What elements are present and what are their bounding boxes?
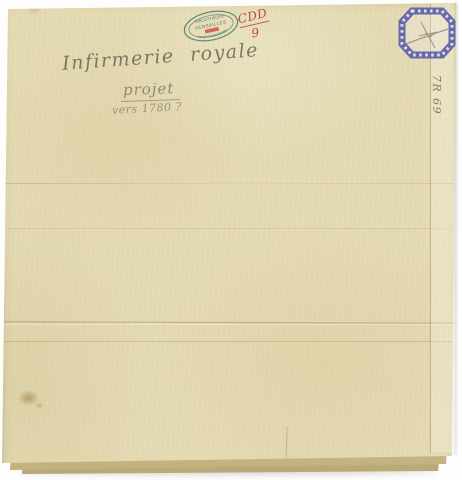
scanned-document: Infirmerie royale projet vers 1780 ? CDD…	[0, 0, 462, 480]
handwritten-date: vers 1780 ?	[112, 100, 183, 117]
cdd-number: 9	[250, 25, 260, 40]
handwritten-title: Infirmerie royale	[61, 39, 259, 75]
cdd-label: CDD	[236, 6, 269, 28]
archival-cote: 7R 69	[430, 72, 444, 118]
bottom-crease-line	[285, 427, 287, 461]
crease-line	[4, 321, 454, 324]
cdd-shelfmark: CDD 9	[236, 7, 272, 43]
stain-spot	[26, 6, 42, 14]
right-fold-line	[430, 2, 431, 454]
blue-corner-stamp	[397, 4, 457, 62]
right-fold-band	[431, 2, 454, 452]
paper-sheet: Infirmerie royale projet vers 1780 ? CDD…	[0, 0, 462, 480]
crease-line	[4, 324, 454, 325]
crease-line	[4, 183, 454, 184]
handwritten-subtitle: projet	[121, 79, 181, 102]
stain-spot	[35, 402, 44, 409]
crease-line	[4, 228, 454, 229]
crease-line	[4, 341, 454, 342]
